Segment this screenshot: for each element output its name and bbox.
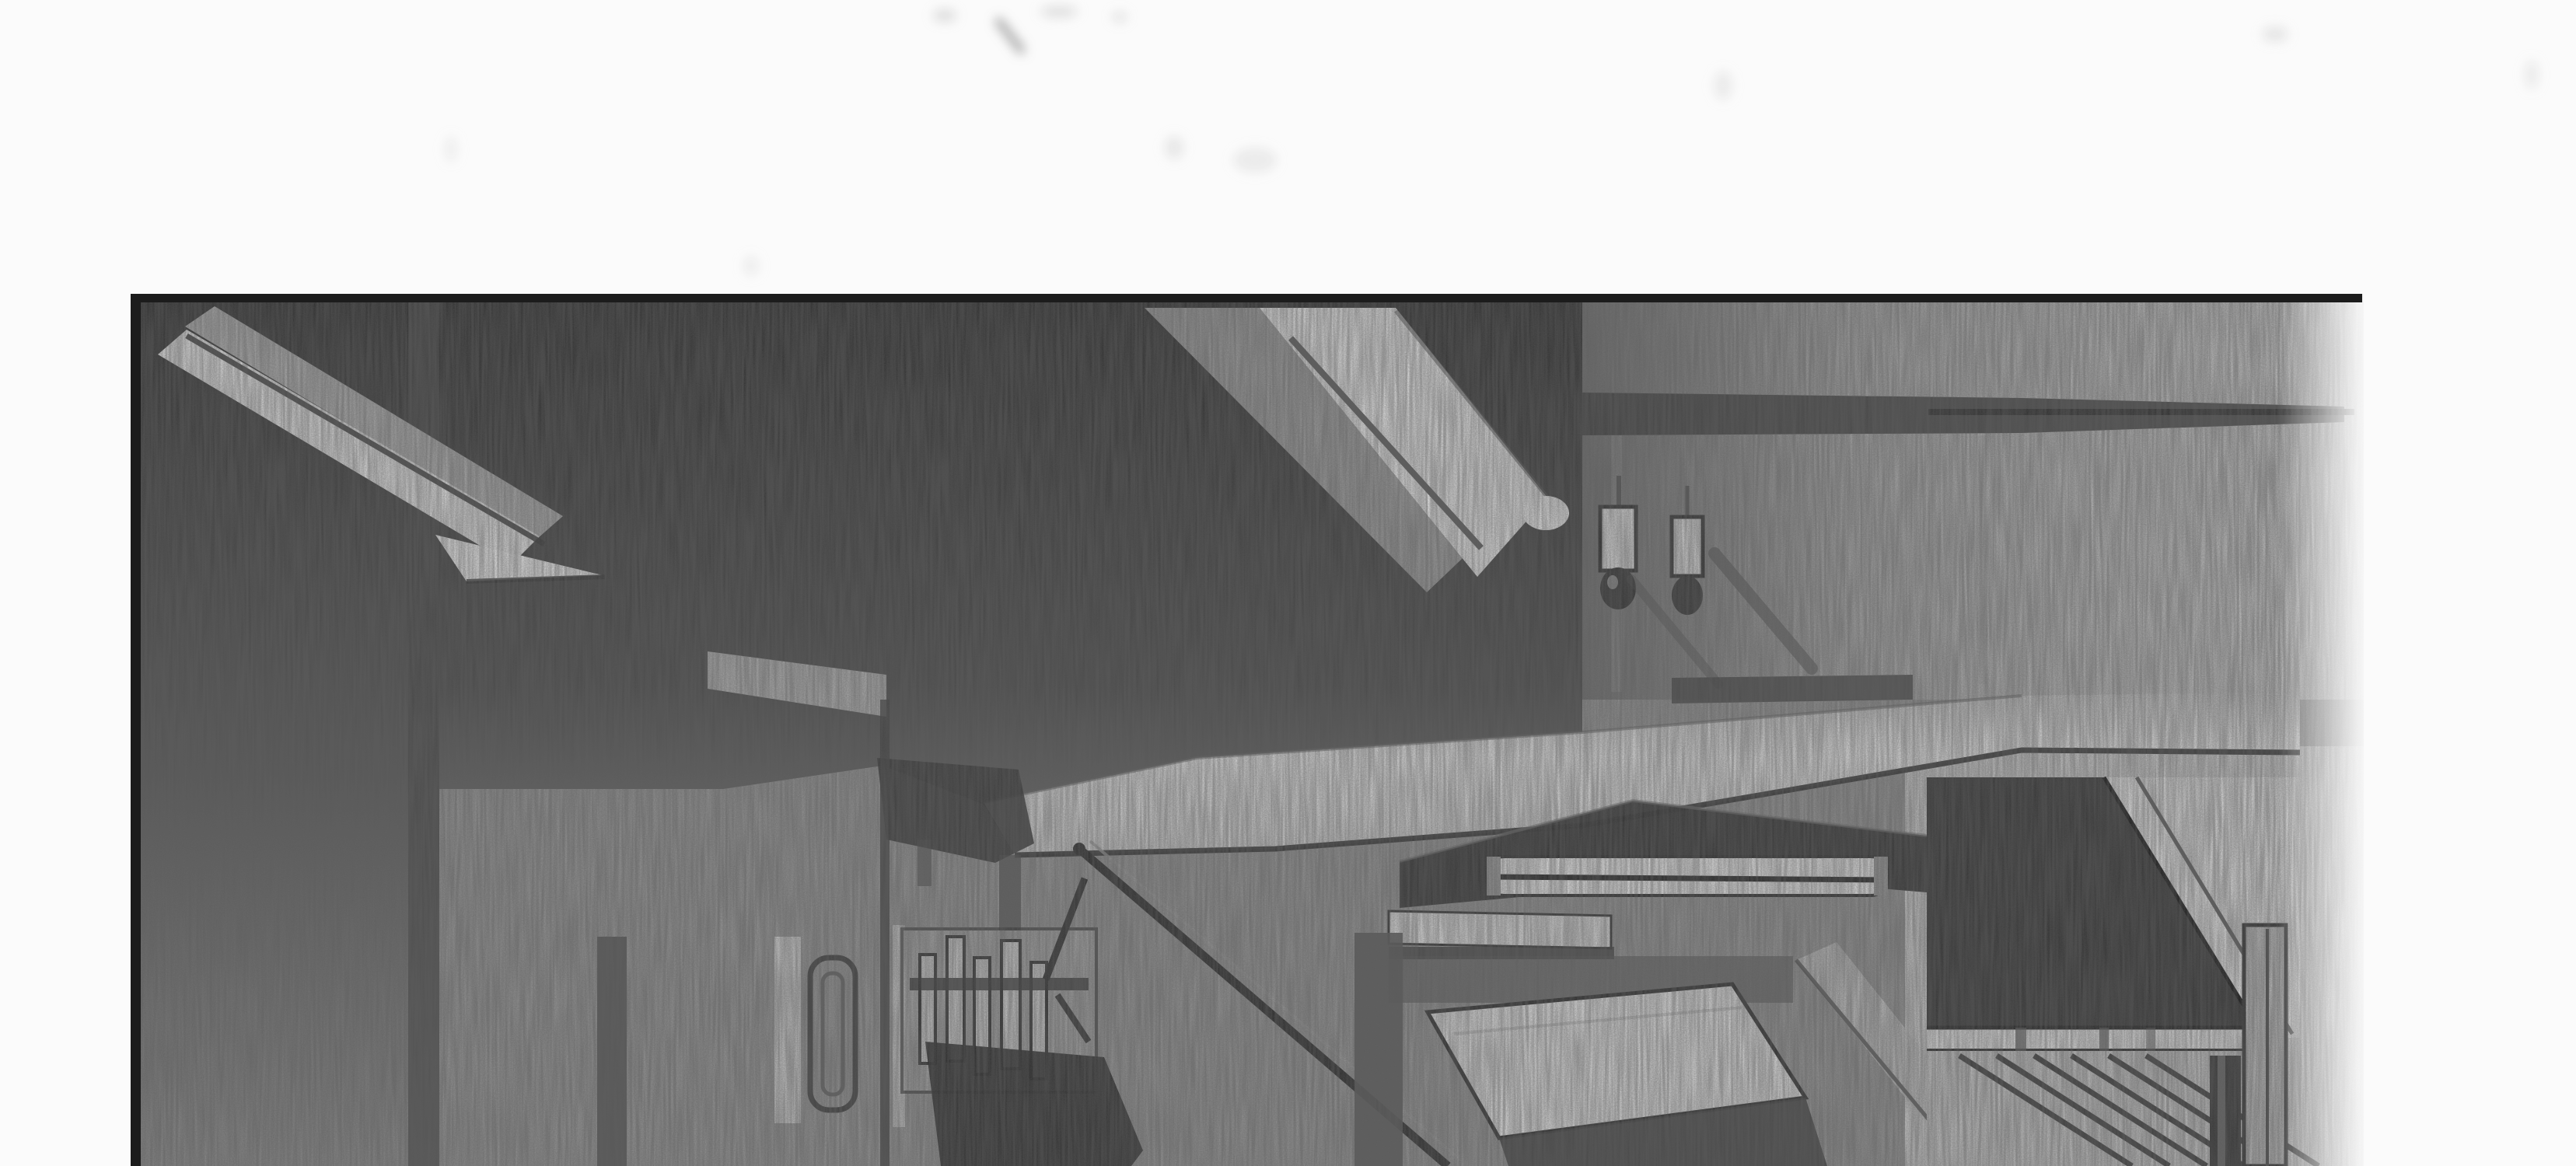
- texture-grain: [132, 294, 2364, 1166]
- scanned-sketch: [0, 0, 2576, 1166]
- right-fade: [2278, 291, 2372, 1166]
- scanned-page: [0, 0, 2576, 1166]
- drawing-area: [132, 291, 2372, 1166]
